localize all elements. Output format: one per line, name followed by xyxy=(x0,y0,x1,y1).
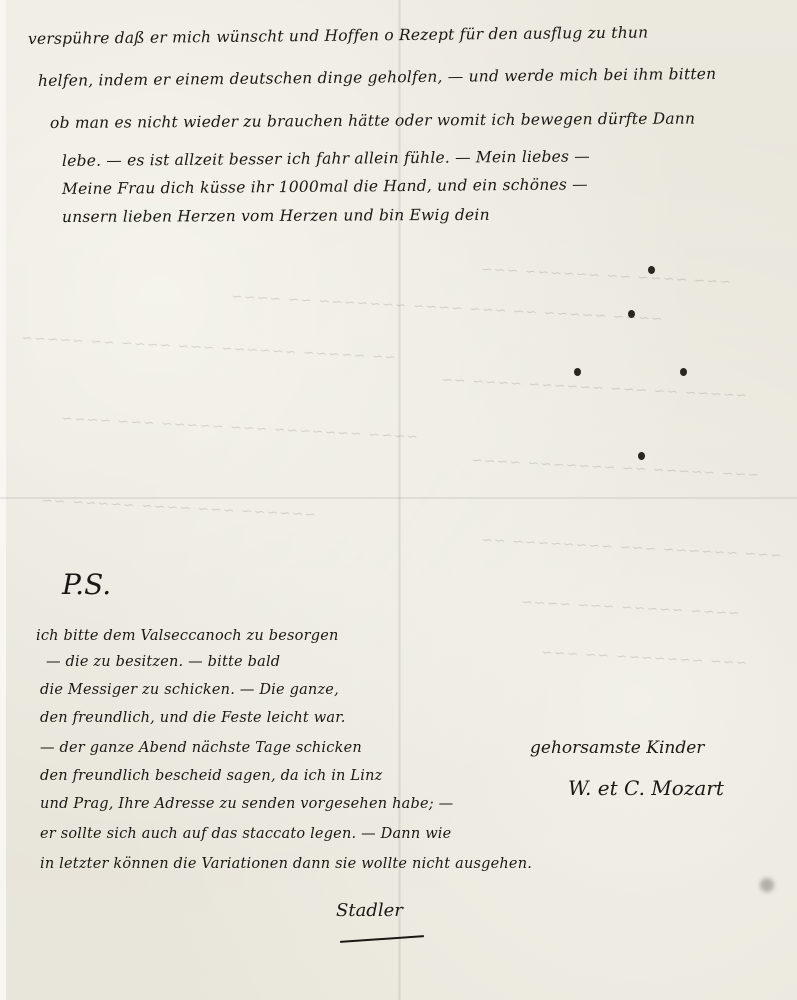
postscript-line: — die zu besitzen. — bitte bald xyxy=(46,654,280,670)
signature: W. et C. Mozart xyxy=(568,776,724,800)
letter-line: Meine Frau dich küsse ihr 1000mal die Ha… xyxy=(62,175,588,198)
postscript-line: und Prag, Ihre Adresse zu senden vorgese… xyxy=(40,796,453,812)
postscript-line: ich bitte dem Valseccanoch zu besorgen xyxy=(36,628,339,644)
letter-line: unsern lieben Herzen vom Herzen und bin … xyxy=(62,206,490,226)
paper-edge xyxy=(0,0,6,1000)
letter-page: ~~~ ~~~~ ~~ ~~~~~~ ~~~ ~~~~ ~~~~~ ~~ ~~~… xyxy=(0,0,797,1000)
signature-underline xyxy=(340,935,424,943)
ink-smudge xyxy=(760,878,774,892)
valediction: gehorsamste Kinder xyxy=(530,738,704,758)
letter-line: helfen, indem er einem deutschen dinge g… xyxy=(38,65,716,90)
bleed-through-text: ~~~~ ~~~~~ ~~ ~~~ ~~~~ ~~~~~~~ ~~ ~~~~ xyxy=(230,289,663,328)
bleed-through-text: ~~ ~~~~~ ~~~~~~ ~~~ ~~~~ ~~ ~~~~~ xyxy=(20,330,397,366)
ink-spot xyxy=(648,266,655,274)
ink-spot xyxy=(628,310,635,318)
bleed-through-text: ~~~~ ~~~~~~~ ~~~ ~~~~~ ~~~ ~~~~ xyxy=(60,411,419,446)
postscript-line: den freundlich bescheid sagen, da ich in… xyxy=(40,768,382,784)
postscript-line: — der ganze Abend nächste Tage schicken xyxy=(40,740,362,756)
postscript-line: den freundlich, und die Feste leicht war… xyxy=(40,710,346,726)
bleed-through-text: ~~~~ ~~~~~ ~~~ ~~~~ xyxy=(520,594,741,621)
ink-spot xyxy=(680,368,687,376)
letter-line: lebe. — es ist allzeit besser ich fahr a… xyxy=(62,147,590,170)
ink-spot xyxy=(638,452,645,460)
postscript-line: die Messiger zu schicken. — Die ganze, xyxy=(40,682,339,698)
bleed-through-text: ~~~ ~~~~~ ~~ ~~~~~~~ ~~~~ xyxy=(470,452,760,483)
postscript-marker: P.S. xyxy=(62,568,111,601)
ink-spot xyxy=(574,368,581,376)
bleed-through-text: ~~~ ~~~~~~ ~~~ ~~~~~~~~ ~~ xyxy=(480,532,782,564)
postscript-signature: Stadler xyxy=(336,900,403,921)
postscript-line: er sollte sich auch auf das staccato leg… xyxy=(40,826,451,842)
bleed-through-text: ~~~ ~~~~ ~~ ~~~~~~ ~~~ xyxy=(480,261,731,290)
postscript-line: in letzter können die Variationen dann s… xyxy=(40,856,532,872)
letter-line: verspühre daß er mich wünscht und Hoffen… xyxy=(28,24,648,48)
letter-line: ob man es nicht wieder zu brauchen hätte… xyxy=(50,109,695,132)
bleed-through-text: ~~~~~ ~~ ~~~ ~~~~~~ ~~~~ ~~ xyxy=(440,372,748,404)
bleed-through-text: ~~~ ~~~~~~~ ~~ ~~~ xyxy=(540,645,748,672)
